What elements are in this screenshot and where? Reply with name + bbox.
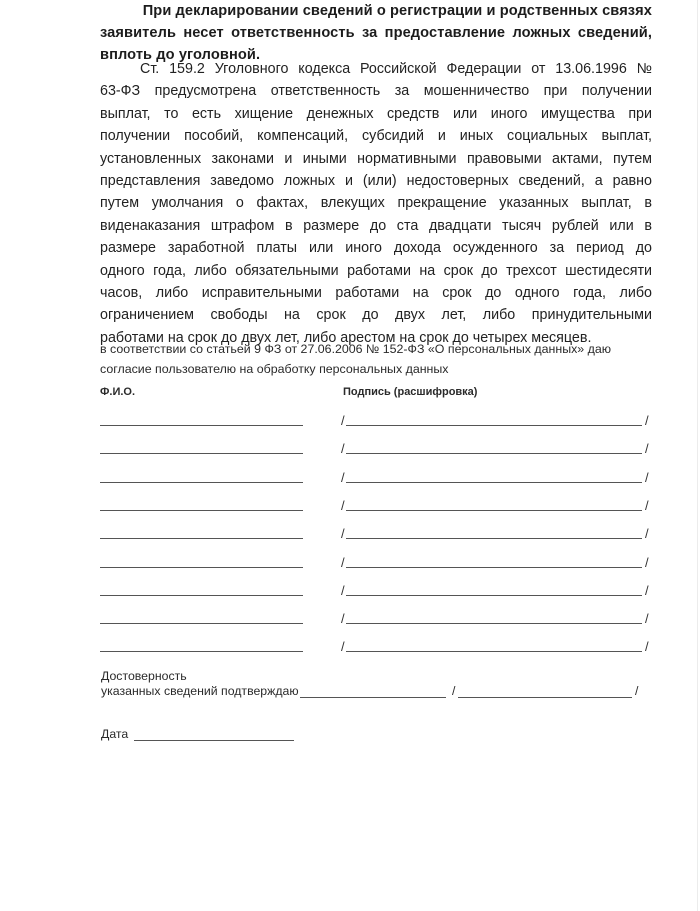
slash-right: / xyxy=(645,583,649,598)
warning-line-1: При декларировании сведений о регистраци… xyxy=(140,0,652,22)
slash-right: / xyxy=(645,498,649,513)
paragraph-line: виденаказания штрафом в размере до ста д… xyxy=(100,215,652,237)
slash-left: / xyxy=(341,498,345,513)
slash-left: / xyxy=(341,413,345,428)
fio-field[interactable] xyxy=(100,538,303,539)
fio-field[interactable] xyxy=(100,595,303,596)
confirmation-row: указанных сведений подтверждаю / / xyxy=(101,684,661,702)
slash-right: / xyxy=(645,611,649,626)
personal-data-consent: в соответствии со статьей 9 ФЗ от 27.06.… xyxy=(100,339,660,379)
fio-field[interactable] xyxy=(100,567,303,568)
criminal-code-paragraph: Ст. 159.2 Уголовного кодекса Российской … xyxy=(100,58,652,349)
paragraph-line: 63-ФЗ предусмотрена ответственность за м… xyxy=(100,80,652,102)
table-row: // xyxy=(0,581,700,601)
paragraph-line: Ст. 159.2 Уголовного кодекса Российской … xyxy=(100,58,652,80)
slash-right: / xyxy=(635,684,638,698)
confirmation-label: Достоверность xyxy=(101,668,187,684)
consent-line-1: в соответствии со статьей 9 ФЗ от 27.06.… xyxy=(100,339,660,359)
slash-right: / xyxy=(645,441,649,456)
table-row: // xyxy=(0,468,700,488)
paragraph-line: ограничением свободы на срок до двух лет… xyxy=(100,304,652,326)
table-row: // xyxy=(0,496,700,516)
signature-field[interactable] xyxy=(346,425,642,426)
paragraph-line: размере заработной платы или иного доход… xyxy=(100,237,652,259)
paragraph-line: одного года, либо обязательными работами… xyxy=(100,260,652,282)
paragraph-line: путем умолчания о фактах, влекущих прекр… xyxy=(100,192,652,214)
slash-left: / xyxy=(341,470,345,485)
table-row: // xyxy=(0,524,700,544)
paragraph-line: установленных законами и иными нормативн… xyxy=(100,148,652,170)
warning-line-2: заявитель несет ответственность за предо… xyxy=(100,22,652,44)
signature-field[interactable] xyxy=(346,623,642,624)
date-label: Дата xyxy=(101,727,128,741)
confirmation-text: указанных сведений подтверждаю xyxy=(101,684,299,698)
signature-field[interactable] xyxy=(346,482,642,483)
paragraph-line: часов, либо исправительными работами на … xyxy=(100,282,652,304)
paragraph-line: представления заведомо ложных и (или) не… xyxy=(100,170,652,192)
signature-field[interactable] xyxy=(346,567,642,568)
slash-left: / xyxy=(341,611,345,626)
signature-field[interactable] xyxy=(346,453,642,454)
table-row: // xyxy=(0,411,700,431)
signature-column-header: Подпись (расшифровка) xyxy=(343,386,477,398)
slash-left: / xyxy=(341,583,345,598)
slash-right: / xyxy=(645,470,649,485)
fio-field[interactable] xyxy=(100,623,303,624)
paragraph-line: выплат, то есть хищение денежных средств… xyxy=(100,103,652,125)
date-field[interactable] xyxy=(134,740,294,741)
slash-left: / xyxy=(452,684,455,698)
slash-left: / xyxy=(341,441,345,456)
signature-field[interactable] xyxy=(346,510,642,511)
table-row: // xyxy=(0,553,700,573)
fio-column-header: Ф.И.О. xyxy=(100,386,135,398)
consent-line-2: согласие пользователю на обработку персо… xyxy=(100,359,660,379)
confirmation-name-field[interactable] xyxy=(458,697,632,698)
fio-field[interactable] xyxy=(100,425,303,426)
slash-left: / xyxy=(341,555,345,570)
signature-field[interactable] xyxy=(346,538,642,539)
slash-right: / xyxy=(645,555,649,570)
confirmation-signature-field[interactable] xyxy=(300,697,446,698)
fio-field[interactable] xyxy=(100,453,303,454)
fio-field[interactable] xyxy=(100,510,303,511)
table-row: // xyxy=(0,637,700,657)
table-row: // xyxy=(0,609,700,629)
slash-left: / xyxy=(341,639,345,654)
fio-field[interactable] xyxy=(100,482,303,483)
slash-right: / xyxy=(645,639,649,654)
table-row: // xyxy=(0,439,700,459)
slash-left: / xyxy=(341,526,345,541)
slash-right: / xyxy=(645,526,649,541)
slash-right: / xyxy=(645,413,649,428)
paragraph-line: получении пособий, компенсаций, субсидий… xyxy=(100,125,652,147)
signature-field[interactable] xyxy=(346,595,642,596)
fio-field[interactable] xyxy=(100,651,303,652)
signature-field[interactable] xyxy=(346,651,642,652)
